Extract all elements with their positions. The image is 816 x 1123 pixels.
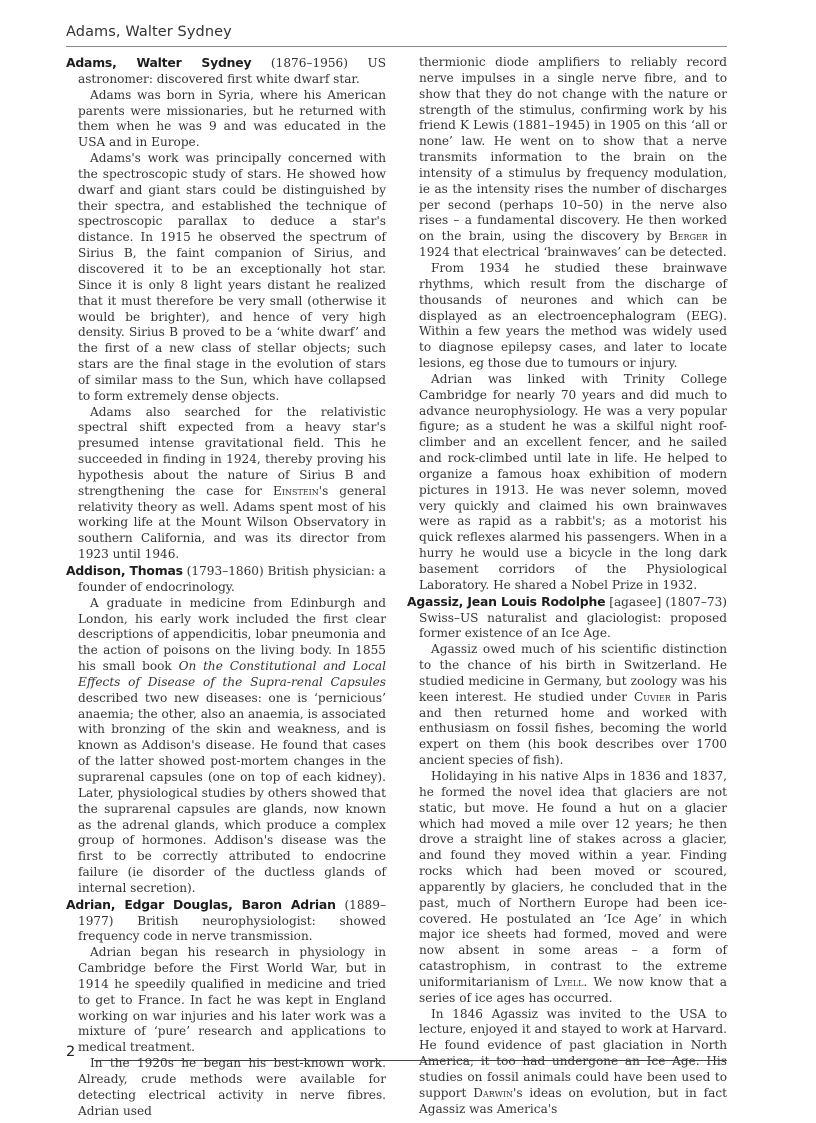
cross-reference[interactable]: Einstein — [273, 484, 319, 498]
headword: Adrian, Edgar Douglas, Baron Adrian — [66, 897, 336, 912]
header-rule — [66, 46, 727, 47]
entry-addison: Addison, Thomas (1793–1860) British phys… — [66, 563, 386, 596]
headword: Addison, Thomas — [66, 563, 183, 578]
paragraph: Adrian began his research in physiology … — [66, 945, 386, 1056]
paragraph: Adams's work was principally concerned w… — [66, 151, 386, 405]
entry-adams: Adams, Walter Sydney (1876–1956) US astr… — [66, 55, 386, 88]
left-column: Adams, Walter Sydney (1876–1956) US astr… — [66, 55, 386, 1120]
cross-reference[interactable]: Cuvier — [634, 690, 671, 704]
running-head: Adams, Walter Sydney — [66, 24, 232, 40]
paragraph: Holidaying in his native Alps in 1836 an… — [407, 769, 727, 1007]
paragraph: From 1934 he studied these brainwave rhy… — [407, 261, 727, 372]
paragraph-continued: thermionic diode amplifiers to reliably … — [407, 55, 727, 261]
right-column: thermionic diode amplifiers to reliably … — [407, 55, 727, 1118]
paragraph: Agassiz owed much of his scientific dist… — [407, 642, 727, 769]
entry-agassiz: Agassiz, Jean Louis Rodolphe [agasee] (1… — [407, 594, 727, 643]
paragraph: In 1846 Agassiz was invited to the USA t… — [407, 1007, 727, 1118]
paragraph: In the 1920s he began his best-known wor… — [66, 1056, 386, 1119]
entry-adrian: Adrian, Edgar Douglas, Baron Adrian (188… — [66, 897, 386, 946]
headword: Agassiz, Jean Louis Rodolphe — [407, 594, 605, 609]
paragraph: Adams was born in Syria, where his Ameri… — [66, 88, 386, 151]
paragraph: A graduate in medicine from Edinburgh an… — [66, 596, 386, 897]
paragraph: Adams also searched for the relativistic… — [66, 405, 386, 563]
page-number: 2 — [66, 1044, 75, 1060]
cross-reference[interactable]: Darwin — [473, 1086, 513, 1100]
headword: Adams, Walter Sydney — [66, 55, 251, 70]
cross-reference[interactable]: Berger — [669, 229, 708, 243]
footer-rule — [94, 1060, 727, 1061]
cross-reference[interactable]: Lyell — [554, 975, 584, 989]
paragraph: Adrian was linked with Trinity College C… — [407, 372, 727, 594]
